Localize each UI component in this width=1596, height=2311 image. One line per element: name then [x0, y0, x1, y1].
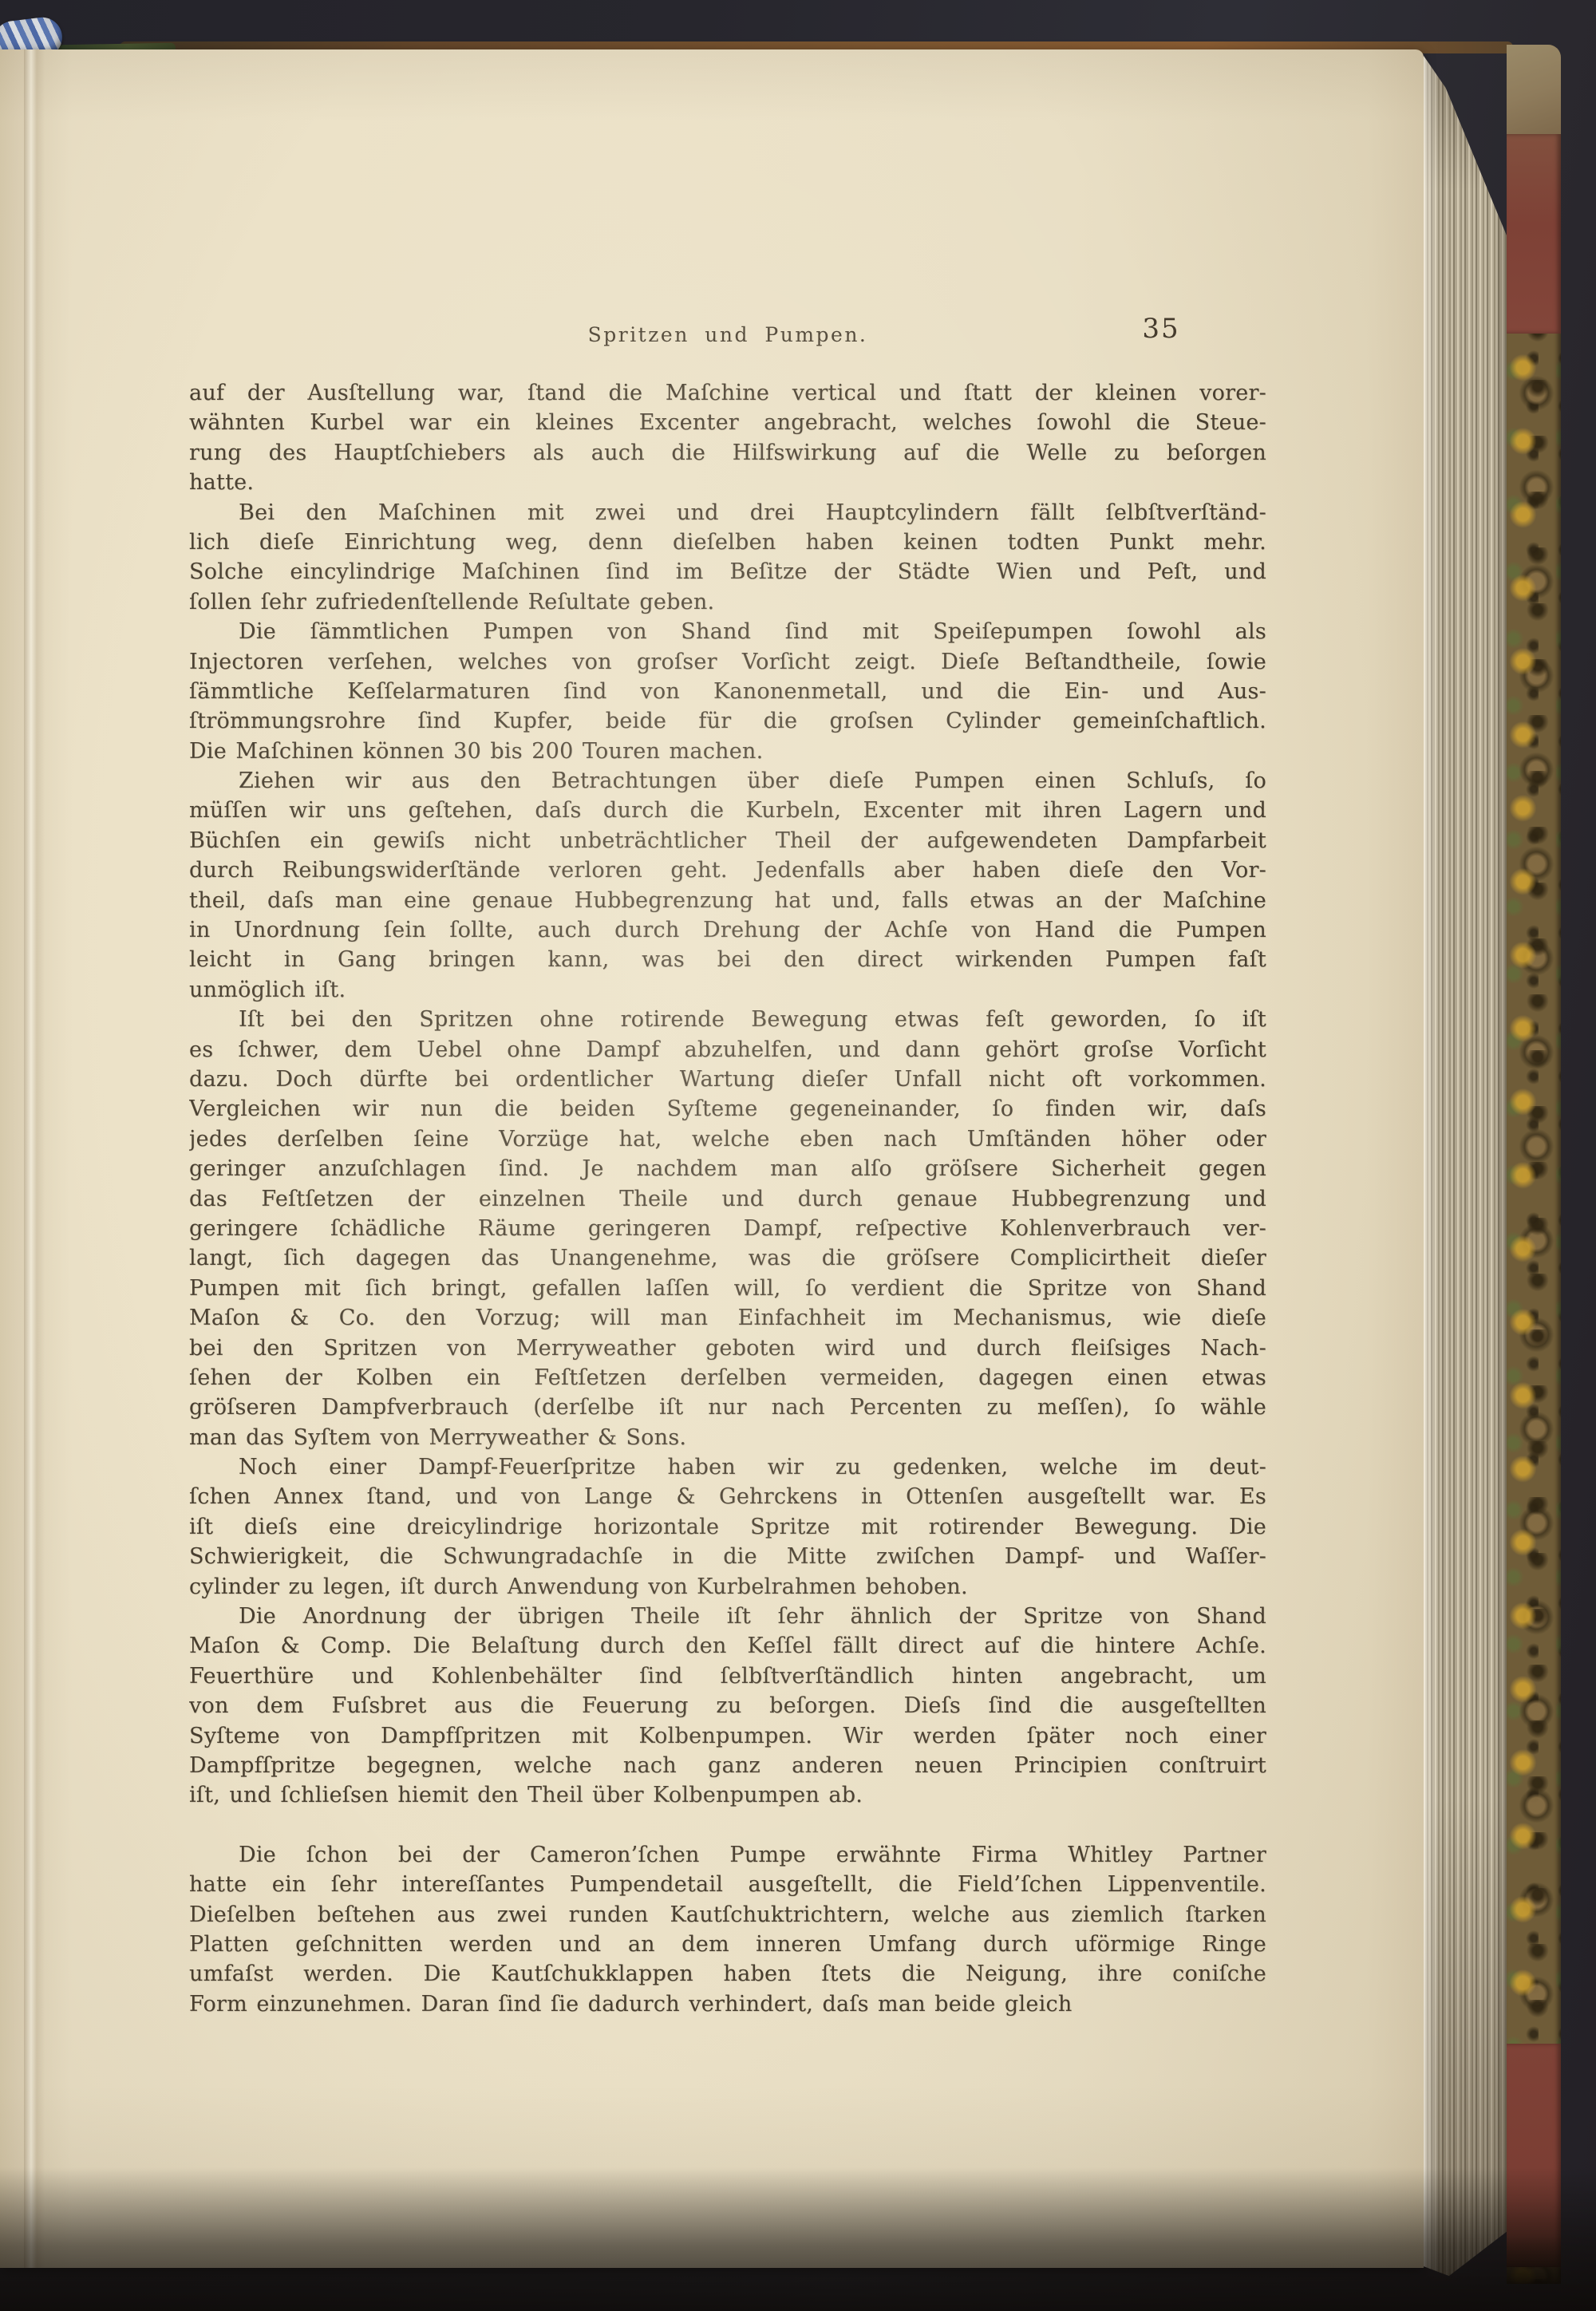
paragraph: Die ſämmtlichen Pumpen von Shand ſind mi…: [189, 617, 1266, 766]
book-scan-photo: { "document": { "running_header": "Sprit…: [0, 0, 1596, 2311]
text-line: es ſchwer, dem Uebel ohne Dampf abzuhelf…: [189, 1035, 1266, 1065]
text-line: hatte.: [189, 468, 1266, 497]
text-line: auf der Ausſtellung war, ſtand die Maſch…: [189, 378, 1266, 408]
text-line: theil, daſs man eine genaue Hubbegrenzun…: [189, 886, 1266, 915]
paragraph: Die ſchon bei der Cameron’ſchen Pumpe er…: [189, 1840, 1266, 2019]
text-line: rung des Hauptſchiebers als auch die Hil…: [189, 438, 1266, 468]
text-line: langt, ſich dagegen das Unangenehme, was…: [189, 1243, 1266, 1273]
text-line: Dampfſpritze begegnen, welche nach ganz …: [189, 1751, 1266, 1780]
text-line: durch Reibungswiderſtände verloren geht.…: [189, 855, 1266, 885]
text-line: dazu. Doch dürfte bei ordentlicher Wartu…: [189, 1065, 1266, 1094]
text-line: Pumpen mit ſich bringt, gefallen laſſen …: [189, 1274, 1266, 1303]
text-line: Form einzunehmen. Daran ſind ſie dadurch…: [189, 1989, 1266, 2019]
marbled-cover-edge: [1507, 45, 1561, 2284]
paragraph: Noch einer Dampf-Feuerſpritze haben wir …: [189, 1452, 1266, 1602]
text-line: Vergleichen wir nun die beiden Syſteme g…: [189, 1094, 1266, 1124]
body-text: auf der Ausſtellung war, ſtand die Maſch…: [189, 378, 1266, 2019]
paragraph: Ziehen wir aus den Betrachtungen über di…: [189, 766, 1266, 1005]
text-line: Maſon & Comp. Die Belaſtung durch den Ke…: [189, 1631, 1266, 1661]
text-line: Feuerthüre und Kohlenbehälter ſind ſelbſ…: [189, 1661, 1266, 1691]
text-line: Injectoren verſehen, welches von groſser…: [189, 647, 1266, 677]
text-line: Iſt bei den Spritzen ohne rotirende Bewe…: [189, 1005, 1266, 1034]
text-line: iſt, und ſchlieſsen hiemit den Theil übe…: [189, 1780, 1266, 1810]
page-number: 35: [1116, 313, 1207, 345]
paragraph: Bei den Maſchinen mit zwei und drei Haup…: [189, 498, 1266, 618]
text-line: ſämmtliche Keſſelarmaturen ſind von Kano…: [189, 677, 1266, 706]
text-line: in Unordnung ſein ſollte, auch durch Dre…: [189, 915, 1266, 945]
text-line: Die Anordnung der übrigen Theile iſt ſeh…: [189, 1602, 1266, 1631]
paragraph: Iſt bei den Spritzen ohne rotirende Bewe…: [189, 1005, 1266, 1452]
text-line: cylinder zu legen, iſt durch Anwendung v…: [189, 1572, 1266, 1602]
running-header: Spritzen und Pumpen.: [189, 323, 1266, 346]
cover-leather-red-bottom: [1507, 2044, 1561, 2267]
text-line: lich dieſe Einrichtung weg, denn dieſelb…: [189, 527, 1266, 557]
text-line: bei den Spritzen von Merryweather gebote…: [189, 1333, 1266, 1363]
cover-shadow-tail: [1507, 2236, 1561, 2284]
cover-leather-red-top: [1507, 134, 1561, 334]
text-line: Solche eincylindrige Maſchinen ſind im B…: [189, 557, 1266, 587]
text-line: Die Maſchinen können 30 bis 200 Touren m…: [189, 737, 1266, 766]
text-line: hatte ein ſehr intereſſantes Pumpendetai…: [189, 1870, 1266, 1899]
text-line: iſt dieſs eine dreicylindrige horizontal…: [189, 1512, 1266, 1542]
text-line: jedes derſelben ſeine Vorzüge hat, welch…: [189, 1124, 1266, 1154]
text-line: Ziehen wir aus den Betrachtungen über di…: [189, 766, 1266, 796]
fore-edge-pages: [1424, 56, 1508, 2290]
text-line: Dieſelben beſtehen aus zwei runden Kautſ…: [189, 1900, 1266, 1930]
text-line: Platten geſchnitten werden und an dem in…: [189, 1930, 1266, 1959]
text-line: müſſen wir uns geſtehen, daſs durch die …: [189, 796, 1266, 825]
text-line: von dem Fuſsbret aus die Feuerung zu beſ…: [189, 1691, 1266, 1720]
paragraph: Die Anordnung der übrigen Theile iſt ſeh…: [189, 1602, 1266, 1811]
text-line: ſchen Annex ſtand, und von Lange & Gehrc…: [189, 1482, 1266, 1511]
text-line: Noch einer Dampf-Feuerſpritze haben wir …: [189, 1452, 1266, 1482]
text-line: Bei den Maſchinen mit zwei und drei Haup…: [189, 498, 1266, 527]
text-line: geringere ſchädliche Räume geringeren Da…: [189, 1214, 1266, 1243]
text-line: man das Syſtem von Merryweather & Sons.: [189, 1423, 1266, 1452]
text-line: unmöglich iſt.: [189, 975, 1266, 1005]
text-line: Syſteme von Dampfſpritzen mit Kolbenpump…: [189, 1721, 1266, 1751]
text-line: Die ſchon bei der Cameron’ſchen Pumpe er…: [189, 1840, 1266, 1870]
text-line: Maſon & Co. den Vorzug; will man Einfach…: [189, 1303, 1266, 1333]
paragraph: auf der Ausſtellung war, ſtand die Maſch…: [189, 378, 1266, 498]
text-line: das Feſtſetzen der einzelnen Theile und …: [189, 1184, 1266, 1214]
cover-corner: [1507, 45, 1561, 140]
text-line: Schwierigkeit, die Schwungradachſe in di…: [189, 1542, 1266, 1571]
text-line: Büchſen ein gewiſs nicht unbeträchtliche…: [189, 826, 1266, 855]
text-line: Die ſämmtlichen Pumpen von Shand ſind mi…: [189, 617, 1266, 646]
text-line: ſtrömmungsrohre ſind Kupfer, beide für d…: [189, 706, 1266, 736]
text-line: geringer anzuſchlagen ſind. Je nachdem m…: [189, 1154, 1266, 1183]
text-line: leicht in Gang bringen kann, was bei den…: [189, 945, 1266, 974]
text-line: ſehen der Kolben ein Feſtſetzen derſelbe…: [189, 1363, 1266, 1393]
text-line: gröſseren Dampfverbrauch (derſelbe iſt n…: [189, 1393, 1266, 1422]
book-page: Spritzen und Pumpen. 35 auf der Ausſtell…: [0, 49, 1424, 2268]
text-line: umfaſst werden. Die Kautſchukklappen hab…: [189, 1959, 1266, 1989]
text-line: wähnten Kurbel war ein kleines Excenter …: [189, 408, 1266, 437]
text-line: ſollen ſehr zufriedenſtellende Reſultate…: [189, 587, 1266, 617]
